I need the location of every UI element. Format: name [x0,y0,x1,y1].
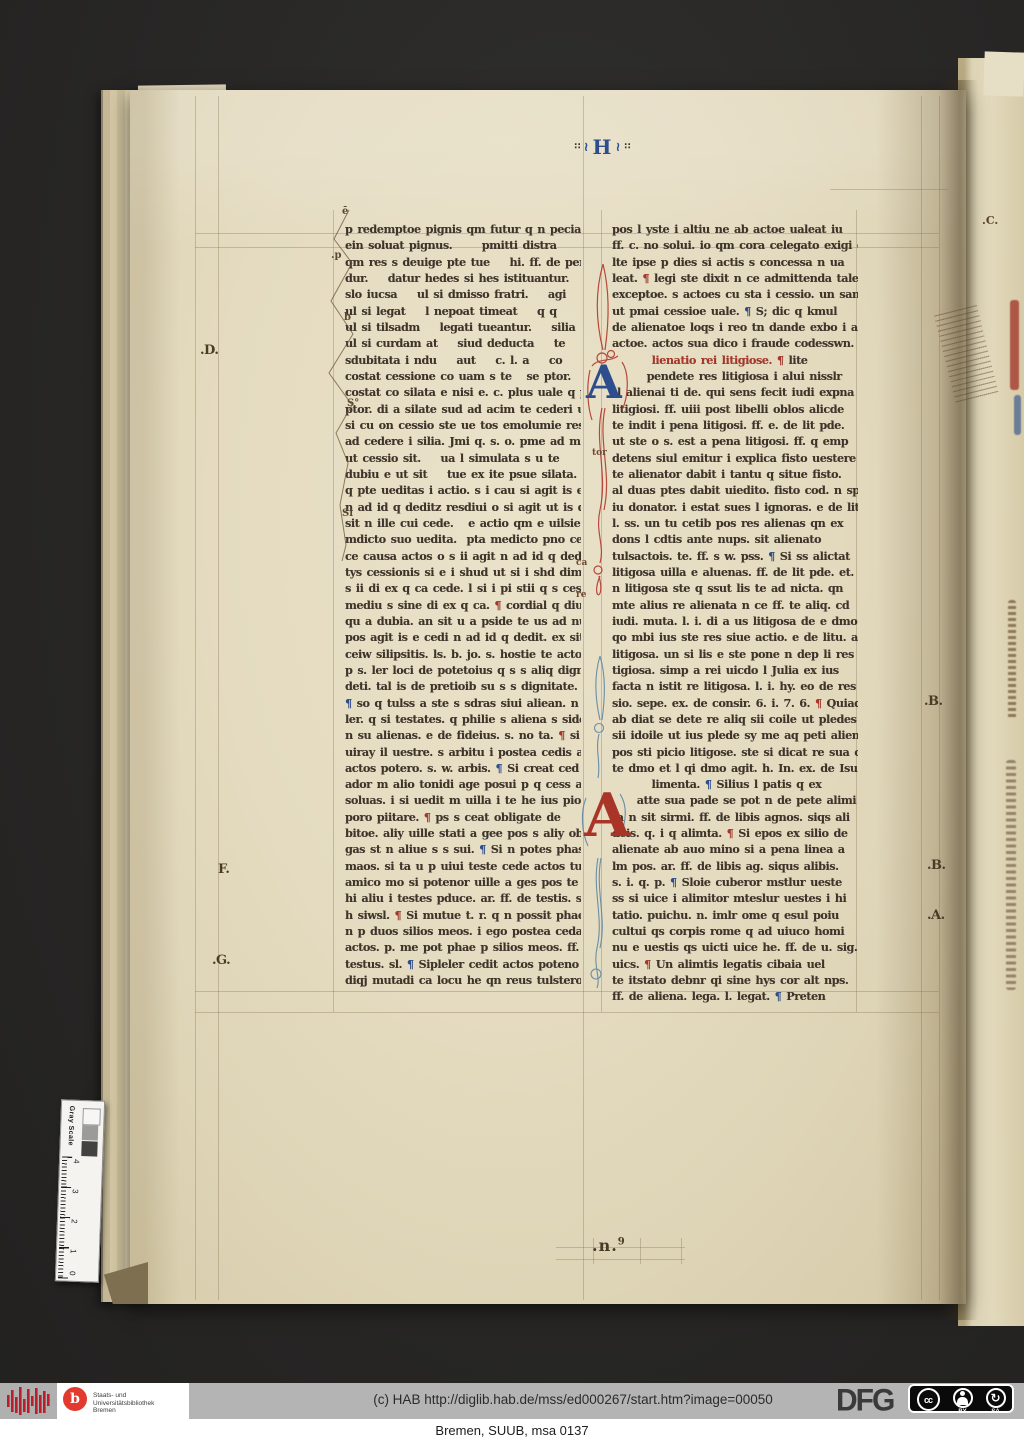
shelfmark-caption: Bremen, SUUB, msa 0137 [435,1423,588,1438]
svg-text:A: A [583,781,632,851]
tie-mark: ē [342,206,348,217]
running-header-letter: H [593,135,612,159]
gutter-gloss: tor [592,448,607,458]
digitized-manuscript-viewer: .C. ∷ ≀ H ≀ ∷ p redemptoe pignis qm futu… [0,0,1024,1442]
margin-letter-a: .A. [927,908,945,923]
header-dots-icon: ∷ [624,142,629,152]
gray-scale-ruler: Gray Scale 4 3 2 1 0 [55,1099,105,1282]
gray-patch-white [82,1108,101,1126]
gutter-shadow [938,80,978,1320]
decorated-initial-alimenta: A [580,648,650,993]
gutter-gloss: ca [576,558,587,568]
svg-text:A: A [585,355,623,409]
margin-letter-b1: .B. [924,694,943,709]
ruling-horizontal [830,189,948,190]
decorated-initial-alienatio: A [578,258,648,658]
library-name: Staats- und Universitätsbibliothek Breme… [93,1392,154,1415]
ruler-number: 4 [72,1159,81,1164]
gray-patch-mid [82,1125,99,1141]
tie-mark: Si [342,508,353,519]
tie-mark: .p [331,250,341,261]
facing-page-corner [983,51,1024,96]
ruling-vertical [195,96,196,1300]
dfg-logo: DFG [836,1383,893,1419]
caption-bar: Bremen, SUUB, msa 0137 [0,1419,1024,1442]
running-header: ∷ ≀ H ≀ ∷ [558,134,646,160]
tie-mark: S° [347,398,359,409]
margin-letter-g: .G. [212,953,230,968]
text-column-left: p redemptoe pignis qm futur q n pecia. s… [345,222,581,991]
copyright-url: (c) HAB http://diglib.hab.de/mss/ed00026… [373,1392,773,1407]
quire-mark: .n.9 [592,1236,626,1255]
cc-icon: cc [917,1388,940,1411]
ruling-vertical [218,96,219,1300]
cc-by-icon [953,1388,973,1408]
gray-patch-dark [81,1141,98,1157]
cc-license-badge: cc BY ↻ SA [908,1384,1014,1413]
gutter-gloss: re [576,590,586,600]
margin-letter-b2: .B. [927,858,946,873]
gray-scale-label: Gray Scale [67,1106,75,1146]
library-logo-icon: b [63,1387,87,1411]
margin-letter-f: F. [218,862,229,877]
header-flourish-icon: ≀ [584,140,589,155]
library-identity: b Staats- und Universitätsbibliothek Bre… [57,1383,189,1419]
ruler-number: 1 [69,1249,78,1254]
facing-page-text-edge-2 [1006,760,1016,990]
cc-sa-label: SA [991,1409,999,1415]
facing-page-blue-decoration [1014,395,1021,435]
header-dots-icon: ∷ [574,142,579,152]
header-flourish-icon: ≀ [615,140,620,155]
margin-letter-d: .D. [200,343,218,358]
facing-page-text-edge [1008,600,1016,720]
cc-by-label: BY [958,1409,966,1415]
tie-mark: b [344,312,351,323]
ruling-horizontal [195,1012,939,1013]
ruler-number: 2 [70,1219,79,1224]
ruler-number: 0 [68,1271,77,1276]
facing-page-red-decoration [1010,300,1019,390]
ruler-ticks-major [58,1156,72,1278]
ruling-horizontal [556,1259,685,1260]
ruler-number: 3 [71,1189,80,1194]
ruling-vertical [640,1238,641,1264]
facing-page-quire-letter: .C. [982,214,998,227]
library-pipes-logo [0,1383,57,1419]
ruling-vertical [921,96,922,1300]
cc-sa-icon: ↻ [986,1388,1006,1408]
ruling-vertical [681,1238,682,1264]
